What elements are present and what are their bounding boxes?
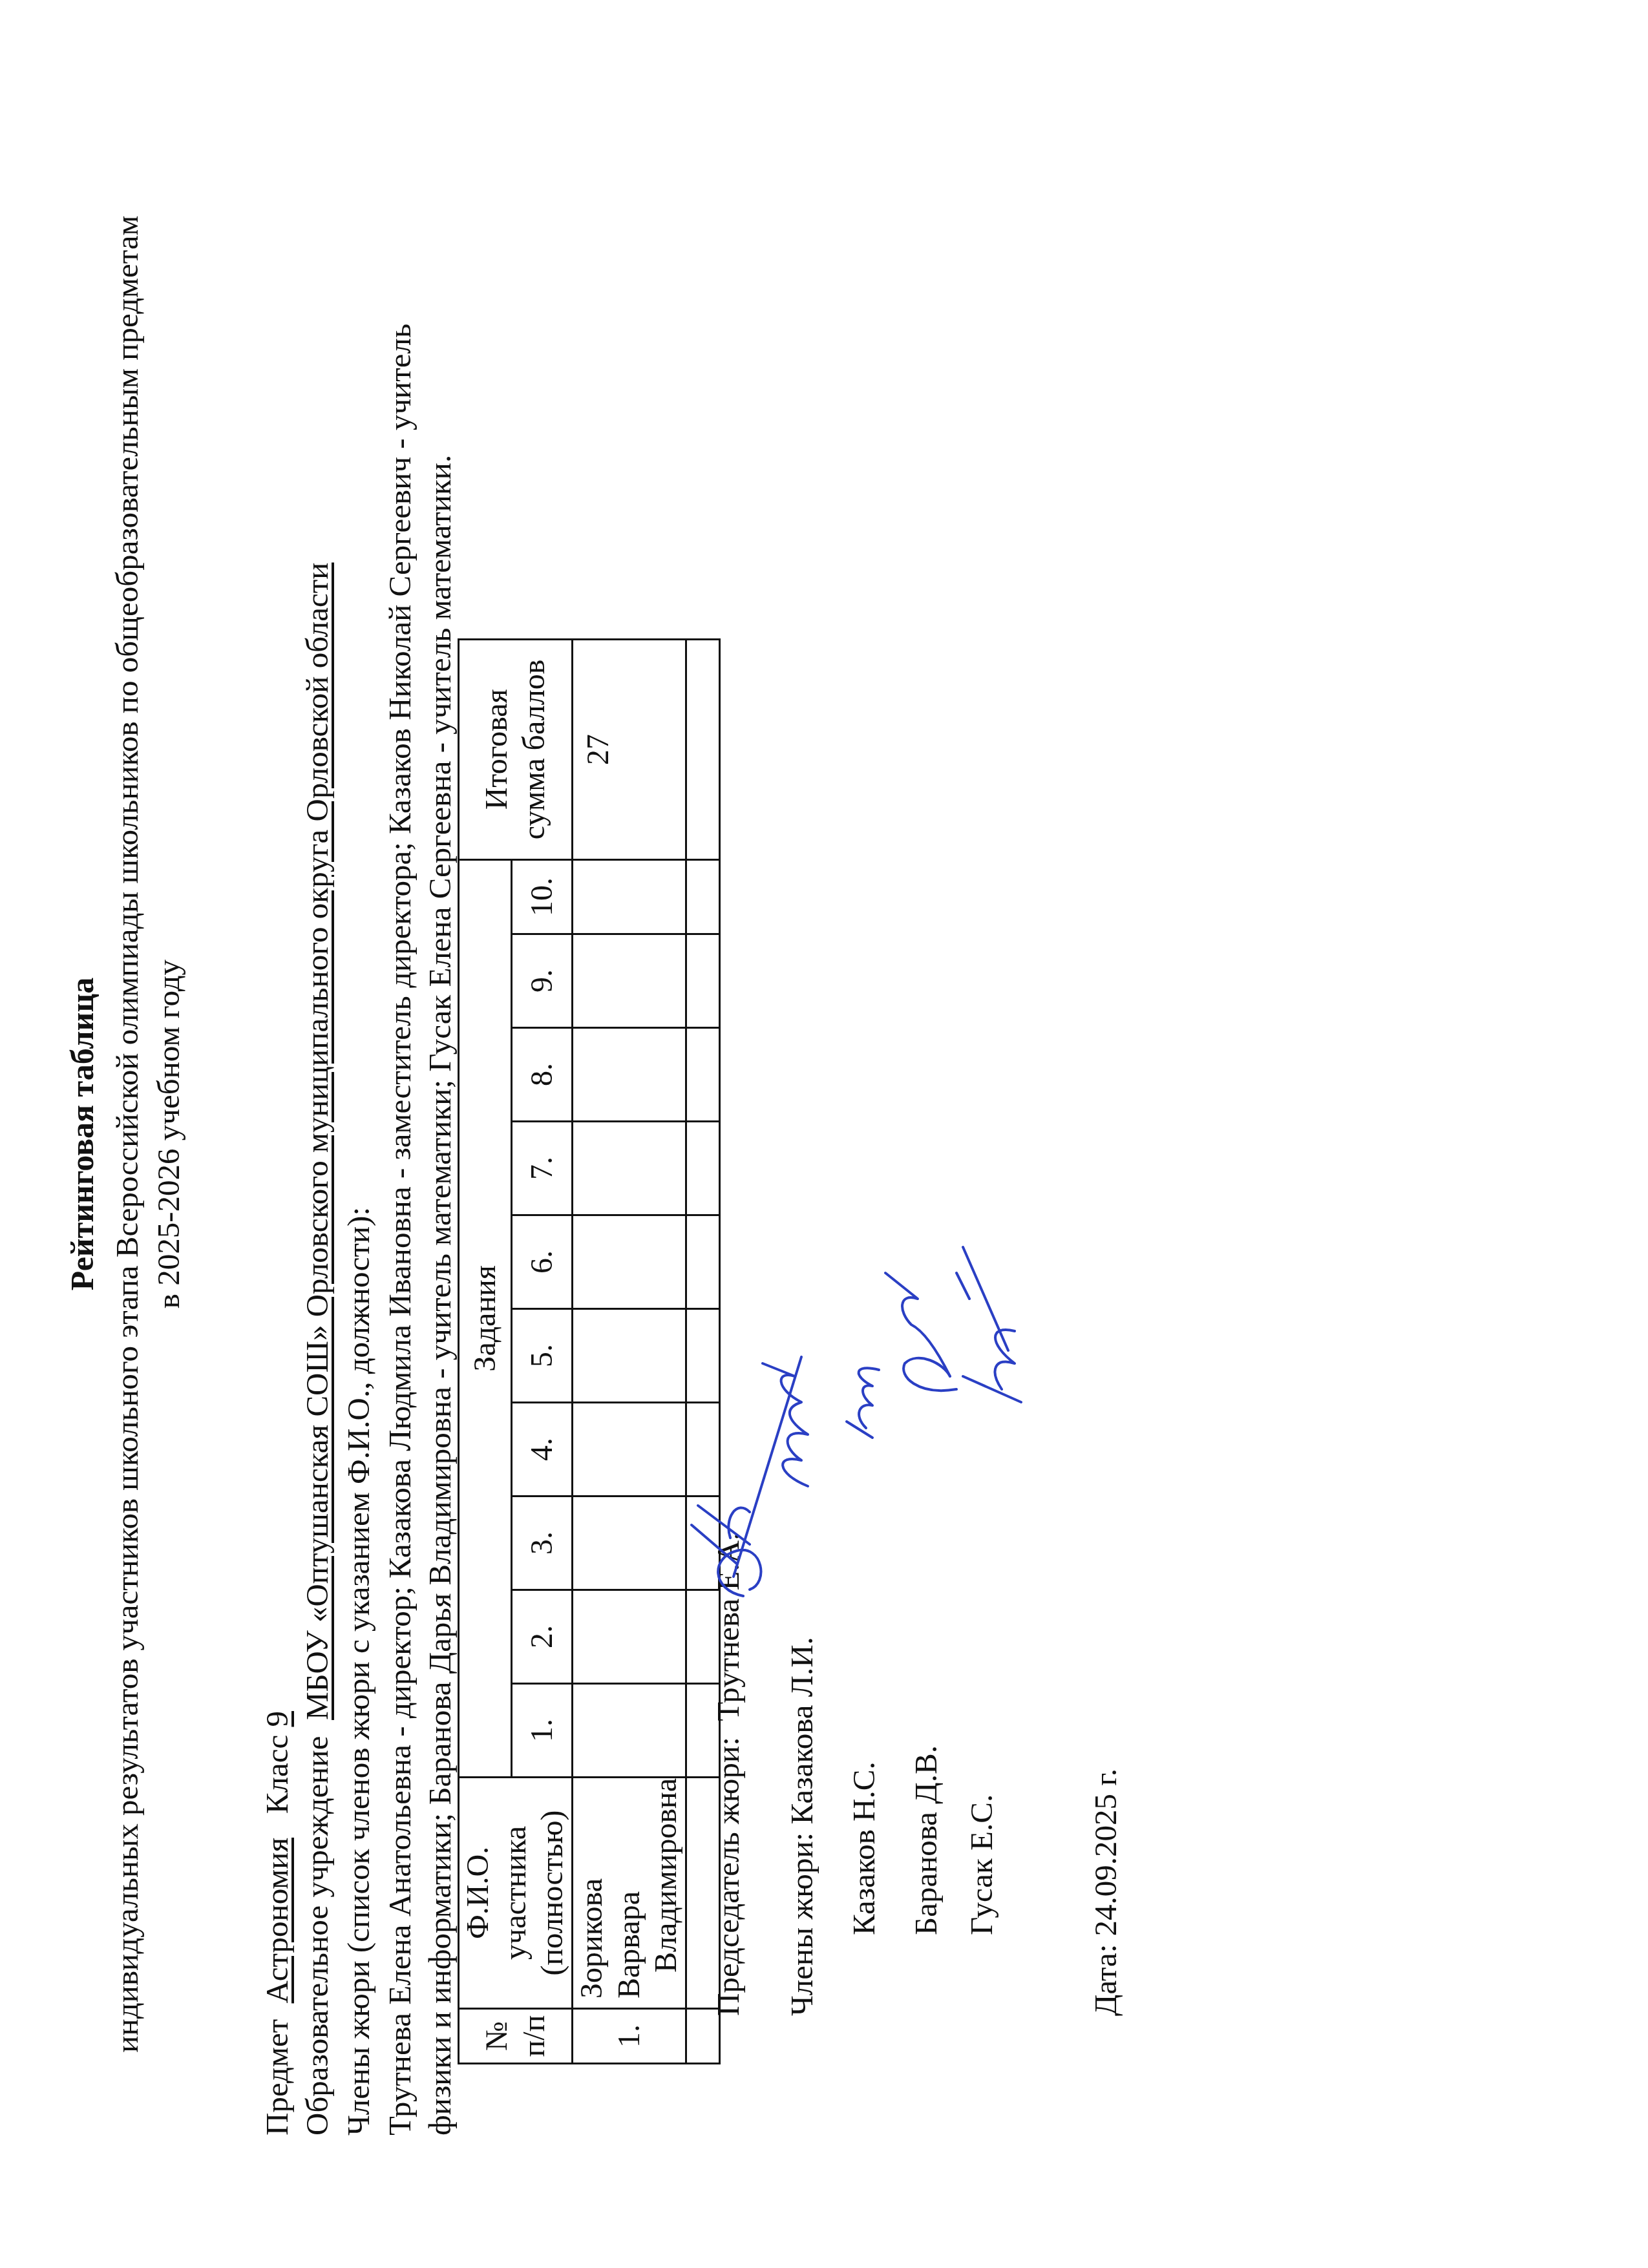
header-task-1: 1.	[512, 1683, 573, 1777]
header-number-line-2: п/п	[516, 2010, 553, 2063]
date-label: Дата:	[1088, 1944, 1123, 2016]
header-task-2: 2.	[512, 1590, 573, 1683]
header-task-7: 7.	[512, 1121, 573, 1215]
task-score	[686, 1215, 719, 1308]
kazakova-signature-icon	[750, 1325, 827, 1493]
subject-line: Предмет Астрономия Класс 9	[259, 1711, 295, 2136]
gusak-signature-icon	[950, 1221, 1041, 1415]
header-number-line-1: №	[478, 2010, 516, 2063]
date-line: Дата: 24.09.2025 г.	[1087, 1769, 1124, 2016]
task-score	[573, 934, 686, 1027]
participant-name: Зорикова Варвара Владимировна	[573, 1777, 686, 2008]
academic-year: в 2025-2026 учебном году	[150, 0, 187, 2268]
header-task-3: 3.	[512, 1496, 573, 1590]
table-header-row: № п/п Ф.И.О. участника (полностью) Задан…	[459, 639, 512, 2063]
task-score	[686, 1027, 719, 1121]
task-score	[573, 1402, 686, 1496]
school-label: Образовательное учреждение	[299, 1736, 335, 2136]
document-subtitle: индивидуальных результатов участников шк…	[109, 0, 145, 2268]
task-score	[573, 1027, 686, 1121]
header-task-5: 5.	[512, 1308, 573, 1402]
jury-members-label: Члены жюри:	[784, 1832, 819, 2016]
jury-members-line: Члены жюри: Казакова Л.И.	[783, 1637, 820, 2016]
row-number	[686, 2009, 719, 2064]
task-score	[573, 1590, 686, 1683]
header-task-9: 9.	[512, 934, 573, 1027]
jury-member-name: Казакова Л.И.	[784, 1637, 819, 1824]
task-score	[686, 1121, 719, 1215]
task-score	[686, 859, 719, 934]
jury-member-line: Баранова Д.В.	[907, 1745, 944, 1935]
header-task-8: 8.	[512, 1027, 573, 1121]
task-score	[573, 1308, 686, 1402]
subject-value: Астрономия	[259, 1838, 295, 2003]
jury-list-line-1: Трутнева Елена Анатольевна - директор; К…	[381, 324, 418, 2136]
table-row: 1. Зорикова Варвара Владимировна 27	[573, 639, 686, 2063]
header-task-6: 6.	[512, 1215, 573, 1308]
task-score	[686, 934, 719, 1027]
participant-name-line-2: Владимировна	[648, 1778, 685, 1999]
task-score	[573, 859, 686, 934]
header-name-line-2: (полностью)	[534, 1778, 571, 2008]
jury-chair-label: Председатель жюри:	[710, 1737, 746, 2016]
school-value: МБОУ «Оптушанская СОШ» Орловского муници…	[299, 563, 335, 1720]
header-task-10: 10.	[512, 859, 573, 934]
header-total-line-1: Итоговая	[478, 640, 516, 859]
total-score	[686, 639, 719, 859]
task-score	[573, 1683, 686, 1777]
header-tasks-group: Задания	[459, 859, 512, 1777]
school-line: Образовательное учреждение МБОУ «Оптушан…	[299, 563, 335, 2136]
class-value: 9	[259, 1711, 295, 1727]
header-task-4: 4.	[512, 1402, 573, 1496]
subject-label: Предмет	[259, 2019, 295, 2136]
task-score	[573, 1496, 686, 1590]
header-total-line-2: сумма баллов	[516, 640, 553, 859]
jury-heading: Члены жюри (список членов жюри с указани…	[340, 1207, 377, 2136]
task-score	[573, 1121, 686, 1215]
header-total-score: Итоговая сумма баллов	[459, 639, 573, 859]
jury-list-line-2: физики и информатики; Баранова Дарья Вла…	[421, 455, 458, 2136]
jury-chair-line: Председатель жюри: Трутнева Е.А.	[710, 1533, 746, 2016]
document-title: Рейтинговая таблица	[63, 0, 101, 2268]
jury-member-line: Казаков Н.С.	[845, 1761, 882, 1935]
header-number: № п/п	[459, 2009, 573, 2064]
date-value: 24.09.2025 г.	[1088, 1769, 1123, 1937]
row-number: 1.	[573, 2009, 686, 2064]
total-score: 27	[573, 639, 686, 859]
header-name-line-1: Ф.И.О. участника	[460, 1778, 534, 2008]
task-score	[573, 1215, 686, 1308]
jury-member-line: Гусак Е.С.	[963, 1794, 1000, 1935]
rating-table-document: Рейтинговая таблица индивидуальных резул…	[0, 0, 1648, 2268]
header-participant-name: Ф.И.О. участника (полностью)	[459, 1777, 573, 2008]
participant-name-line-1: Зорикова Варвара	[573, 1778, 648, 1999]
class-label: Класс	[259, 1735, 295, 1814]
